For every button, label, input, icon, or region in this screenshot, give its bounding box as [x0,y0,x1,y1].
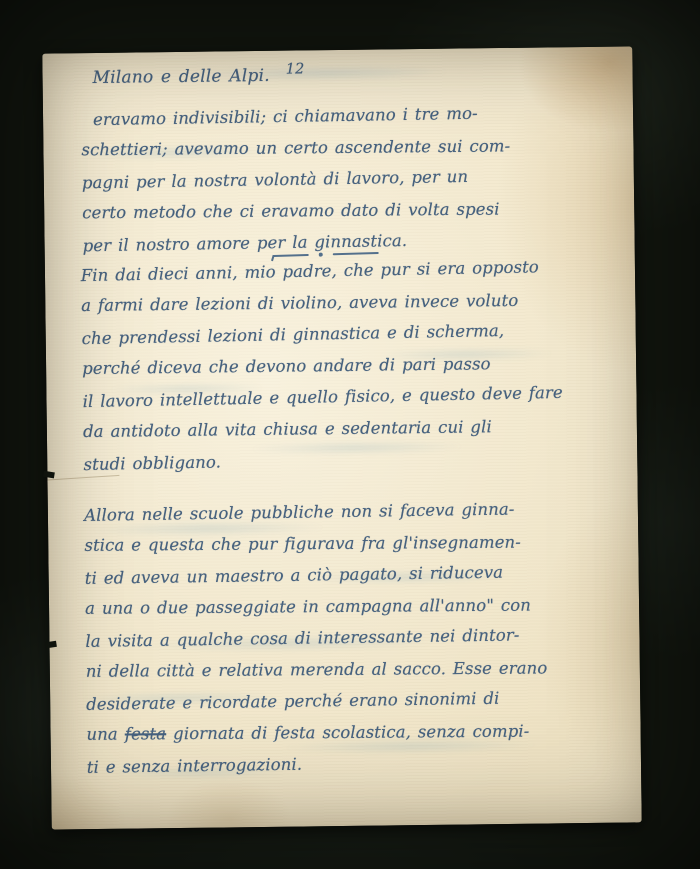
paragraph-1: eravamo indivisibili; ci chiamavano i tr… [81,97,625,261]
page-header: Milano e delle Alpi.12 [92,62,304,92]
struck-word: festa [125,724,166,743]
line-text: una [86,724,118,743]
photo-background: Milano e delle Alpi.12 eravamo indivisib… [0,0,700,869]
letter-page: Milano e delle Alpi.12 eravamo indivisib… [42,46,641,829]
edge-tear-mark [45,641,57,649]
line-text: giornata di festa scolastica, senza comp… [173,721,529,743]
paragraph-2: Fin dai dieci anni, mio padre, che pur s… [81,251,632,480]
page-number: 12 [286,61,305,77]
edge-tear-mark [43,471,55,479]
handwriting-line: ti e senza interrogazioni. [87,744,635,784]
header-title: Milano e delle Alpi. [92,66,269,88]
paragraph-3: Allora nelle scuole pubbliche non si fac… [84,493,635,782]
